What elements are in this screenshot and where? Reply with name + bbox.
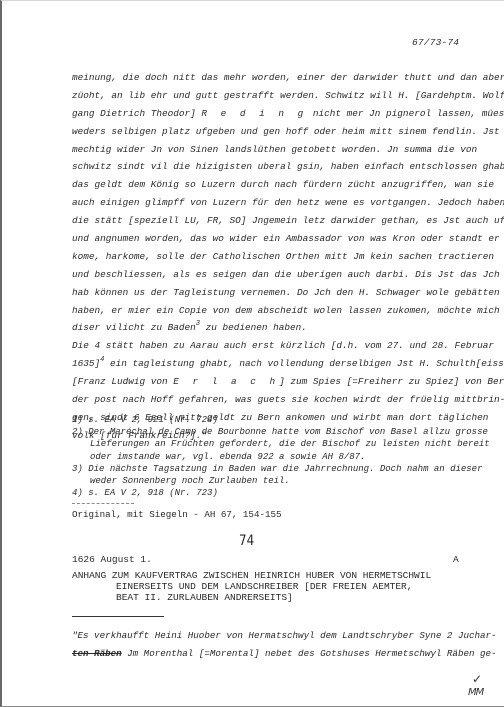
- text-segment: 1635]: [72, 358, 100, 369]
- footnote-marker: 3): [72, 464, 83, 474]
- text-segment: diser vilicht zu Baden: [72, 322, 196, 333]
- letter-body: meinung, die doch nitt das mehr worden, …: [72, 69, 472, 445]
- footnote-2: 2) Der Maréchal de Camp de Bourbonne hat…: [72, 426, 482, 463]
- body-line: schwitz sindt vil die hizigisten uberal …: [72, 158, 472, 176]
- title-line: EINERSEITS UND DEM LANDSCHREIBER [DER FR…: [72, 581, 431, 592]
- spaced-name: R e d i n g: [201, 108, 307, 119]
- document-page: 67/73-74 meinung, die doch nitt das mehr…: [0, 0, 504, 707]
- text-segment: gang Dietrich Theodor]: [72, 108, 201, 119]
- page-reference: 67/73-74: [412, 37, 459, 48]
- body-line: und beschliessen, als es seigen dan die …: [72, 266, 472, 284]
- body-line: mechtig wider Jn von Sinen landslüthen g…: [72, 141, 472, 159]
- source-citation: Original, mit Siegeln - AH 67, 154-155: [72, 509, 282, 520]
- document-date: 1626 August 1.: [72, 554, 152, 565]
- title-line: BEAT II. ZURLAUBEN ANDRERSEITS]: [72, 592, 431, 603]
- text-segment: [Franz Ludwig von: [72, 376, 173, 387]
- body-line: züoht, an lib ehr und gutt gestrafft wer…: [72, 87, 472, 105]
- document-number: 74: [239, 533, 254, 549]
- footnote-marker: 4): [72, 488, 83, 498]
- text-segment: ein tagleistung ghabt, nach vollendung d…: [104, 358, 504, 369]
- document-text: "Es verkhaufft Heini Huober von Hermatsc…: [72, 627, 497, 662]
- text-segment: zu bedienen haben.: [200, 322, 307, 333]
- handwritten-initials: MM: [468, 687, 483, 698]
- body-line: diser vilicht zu Baden3 zu bedienen habe…: [72, 319, 472, 337]
- separator-rule: [72, 616, 164, 617]
- body-line: das geldt dem König so Luzern durch nach…: [72, 176, 472, 194]
- body-line: die stätt [speziell LU, FR, SO] Jngemein…: [72, 212, 472, 230]
- footnote-text: Der Maréchal de Camp de Bourbonne hatte …: [88, 427, 488, 437]
- body-line: "Es verkhaufft Heini Huober von Hermatsc…: [72, 627, 497, 645]
- body-line: hab können us der Tagleistung vernemen. …: [72, 284, 472, 302]
- document-letter: A: [453, 554, 459, 565]
- text-segment: nicht mer Jn pignerol lassen, müesse ein…: [307, 108, 504, 119]
- body-line: meinung, die doch nitt das mehr worden, …: [72, 69, 472, 87]
- struck-text: ten Räben: [72, 648, 122, 659]
- footnote-1: 1) s. EA V 2, 921 (Nr. 724): [72, 414, 482, 426]
- footnote-text: weder Sonnenberg noch Zurlauben teil.: [72, 475, 482, 487]
- footnotes: 1) s. EA V 2, 921 (Nr. 724) 2) Der Maréc…: [72, 414, 482, 499]
- footnote-marker: 2): [72, 427, 83, 437]
- body-line: weders selbigen platz ufgeben und gen ho…: [72, 123, 472, 141]
- separator-rule: [72, 503, 134, 504]
- body-line: und angnumen worden, das wo wider ein Am…: [72, 230, 472, 248]
- footnote-text: s. EA V 2, 918 (Nr. 723): [88, 488, 218, 498]
- title-line: ANHANG ZUM KAUFVERTRAG ZWISCHEN HEINRICH…: [72, 570, 431, 581]
- body-line: kome, harkome, solle der Catholischen Or…: [72, 248, 472, 266]
- footnote-text: s. EA V 2, 921 (Nr. 724): [88, 415, 218, 425]
- check-mark-icon: ✓: [472, 672, 482, 686]
- body-line: Die 4 stätt haben zu Aarau auch erst kür…: [72, 337, 472, 355]
- body-line: gang Dietrich Theodor] R e d i n g nicht…: [72, 105, 472, 123]
- body-line: auch einigen glimpff von Luzern für den …: [72, 194, 472, 212]
- footnote-text: oder imstande war, vgl. ebenda 922 a sow…: [72, 451, 482, 463]
- text-segment: ] zum Spies [=Freiherr zu Spiez] von Ber…: [279, 376, 504, 387]
- footnote-marker: 1): [72, 415, 83, 425]
- body-line: [Franz Ludwig von E r l a c h] zum Spies…: [72, 373, 472, 391]
- spaced-name: E r l a c h: [173, 376, 279, 387]
- footnote-4: 4) s. EA V 2, 918 (Nr. 723): [72, 487, 482, 499]
- footnote-text: Lieferungen an Früchten gefordert, die d…: [72, 438, 482, 450]
- body-line: 1635]4 ein tagleistung ghabt, nach volle…: [72, 355, 472, 373]
- body-line: ten Räben Jm Morenthal [=Morental] nebet…: [72, 645, 497, 663]
- footnote-3: 3) Die nächste Tagsatzung in Baden war d…: [72, 463, 482, 487]
- body-line: haben, er mier ein Copie von dem abschei…: [72, 302, 472, 320]
- document-title: ANHANG ZUM KAUFVERTRAG ZWISCHEN HEINRICH…: [72, 570, 431, 603]
- body-line: der post nach Hoff gefahren, was guets s…: [72, 391, 472, 409]
- text-segment: Jm Morenthal [=Morental] nebet des Gotsh…: [122, 648, 497, 659]
- footnote-text: Die nächste Tagsatzung in Baden war die …: [88, 464, 482, 474]
